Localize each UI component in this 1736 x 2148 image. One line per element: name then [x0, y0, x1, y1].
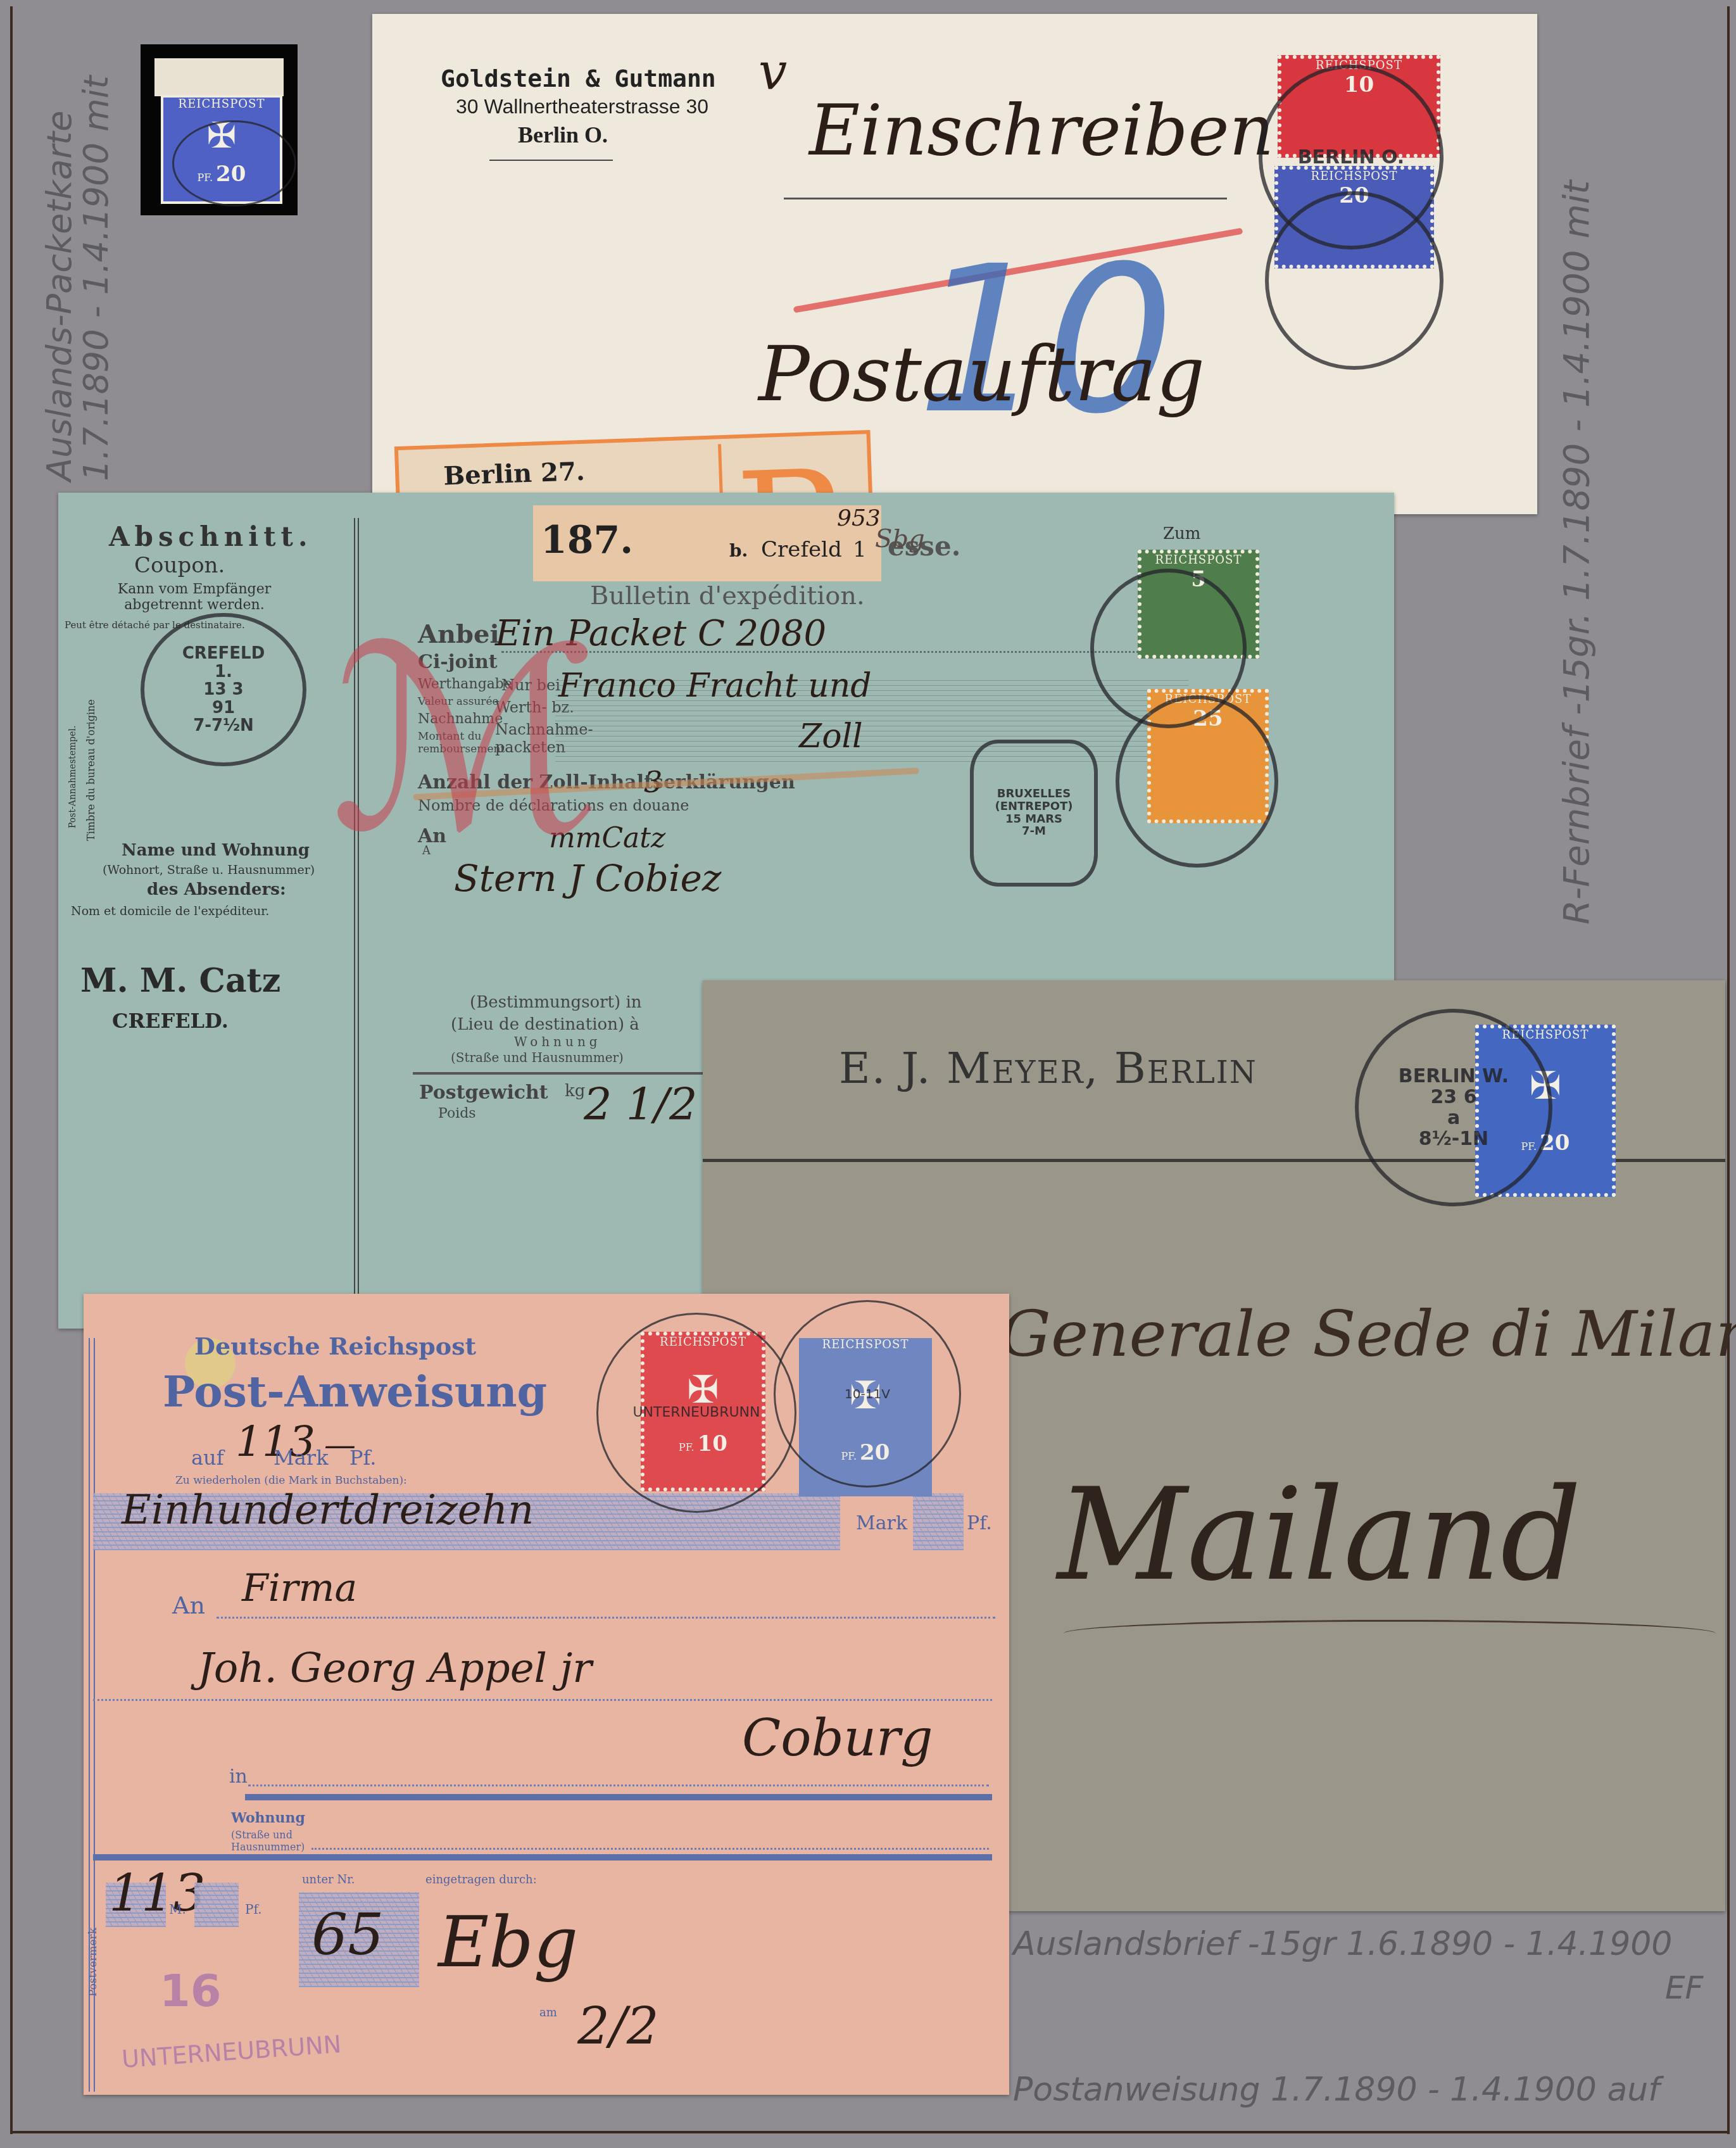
- pm-city: BERLIN W.: [1359, 1066, 1549, 1087]
- sender-street: 30 Wallnertheaterstrasse 30: [456, 95, 708, 118]
- money-order-card: Deutsche Reichspost Post-Anweisung auf 1…: [84, 1294, 1009, 2095]
- m-label: M.: [169, 1902, 186, 1917]
- album-page: Auslands-Packetkarte 1.7.1890 - 1.4.1900…: [0, 0, 1736, 2148]
- underline: [784, 198, 1227, 199]
- postmark-unterneubrunn-1: UNTERNEUBRUNN: [596, 1313, 796, 1513]
- eingetragen-label: eingetragen durch:: [425, 1873, 537, 1886]
- strasse-label: (Straße und Hausnummer): [451, 1050, 624, 1065]
- meyer-address-line1: Generale Sede di Milano: [1000, 1297, 1736, 1371]
- bulletin-title: Bulletin d'expédition.: [590, 581, 865, 610]
- zum-label: Zum: [1163, 524, 1200, 543]
- pm-office: 1.: [144, 662, 303, 681]
- recipient-line2: Joh. Georg Appel jr: [198, 1645, 592, 1692]
- auf-label: auf: [191, 1446, 224, 1470]
- frame-bottom-line: [10, 2131, 1730, 2133]
- parcel-number: 187.: [541, 518, 633, 562]
- blue-rule: [93, 1854, 992, 1861]
- signature: Ebg: [438, 1902, 578, 1983]
- mark-label: Mark: [274, 1446, 329, 1470]
- recipient-city: Coburg: [742, 1709, 933, 1767]
- side-label-2: Timbre du bureau d'origine: [85, 699, 97, 841]
- postmark-crefeld-2: [1116, 695, 1278, 868]
- ornament-rule: [489, 160, 613, 161]
- mark2-label: Mark: [856, 1512, 907, 1534]
- handwriting-einschreiben: Einschreiben: [809, 90, 1274, 171]
- pf-box: [194, 1883, 239, 1927]
- pf2-label: Pf.: [967, 1512, 992, 1534]
- hex-pm-date: 15 MARS: [974, 813, 1094, 826]
- annotation-auslandsbrief: Auslandsbrief -15gr 1.6.1890 - 1.4.1900: [1013, 1925, 1672, 1963]
- frame-left-line: [10, 6, 13, 2134]
- annotation-left-line1: Auslands-Packetkarte: [39, 111, 79, 481]
- handwriting-postauftrag: Postauftrag: [758, 331, 1205, 419]
- postmark-berlin-w: BERLIN W. 23 6 a 8½-1N: [1355, 1009, 1552, 1206]
- loose-stamp-mount: REICHSPOST ✠ PF. 20: [141, 44, 298, 215]
- sender-label-3: des Absenders:: [147, 880, 286, 899]
- wohnung-sub-label: (Straße und Hausnummer): [231, 1829, 307, 1853]
- postgewicht-label: Postgewicht: [419, 1082, 548, 1104]
- dotted-line: [311, 1848, 989, 1850]
- pf3-label: Pf.: [245, 1902, 262, 1917]
- bestimmungsort-label: (Bestimmungsort) in: [470, 993, 642, 1012]
- sender-city: Berlin O.: [518, 122, 608, 148]
- flourish-underline: [1064, 1620, 1716, 1647]
- parcel-office-label: b. Crefeld 1 953: [723, 505, 881, 581]
- sender-label-2: (Wohnort, Straße u. Hausnummer): [103, 863, 315, 877]
- hex-pm-time: 7-M: [974, 826, 1094, 838]
- stamp-header: REICHSPOST: [163, 98, 280, 111]
- office-number: 1: [853, 537, 867, 562]
- dotted-line: [217, 1617, 995, 1619]
- sender-label-1: Name und Wohnung: [122, 841, 310, 860]
- hex-pm-text: BRUXELLES (ENTREPOT): [974, 788, 1094, 813]
- annotation-ef: EF: [1665, 1969, 1703, 2006]
- wohnung-label: Wohnung: [514, 1034, 601, 1049]
- coupon-note-de: Kann vom Empfänger abgetrennt werden.: [84, 581, 305, 613]
- recipient-line1: Firma: [242, 1566, 357, 1610]
- postmark-unterneubrunn-2: 10-11V: [774, 1300, 961, 1488]
- parcel-number-label: 187.: [533, 505, 723, 581]
- reg-office: Berlin 27.: [443, 457, 586, 491]
- am-label: am: [539, 2006, 557, 2019]
- handwriting-franco: Franco Fracht und: [558, 667, 872, 705]
- pm-time: 8½-1N: [1359, 1128, 1549, 1149]
- pm-year: 91: [144, 698, 303, 717]
- date-value: 2/2: [577, 1997, 659, 2056]
- box-m-value: 113: [109, 1864, 206, 1923]
- frame-right-line: [1727, 6, 1730, 2134]
- amount-words: Einhundertdreizehn: [122, 1487, 534, 1534]
- unter-nr-value: 65: [311, 1902, 384, 1968]
- in-label: in: [229, 1766, 248, 1788]
- sender-name: Goldstein & Gutmann: [441, 65, 716, 92]
- registered-cover: Goldstein & Gutmann 30 Wallnertheaterstr…: [372, 14, 1537, 514]
- pm-letter: a: [1359, 1108, 1549, 1128]
- postmark-crefeld-coupon: CREFELD 1. 13 3 91 7-7½N: [141, 613, 306, 766]
- annotation-postanweisung: Postanweisung 1.7.1890 - 1.4.1900 auf: [1013, 2071, 1660, 2109]
- handwriting-weight: 2 1/2: [584, 1078, 697, 1130]
- purple-stamp-number: 16: [160, 1965, 221, 2017]
- pm-city: CREFELD: [144, 645, 303, 663]
- an-label: An: [172, 1591, 205, 1619]
- meyer-address-city: Mailand: [1057, 1462, 1582, 1609]
- office-name: Crefeld: [761, 537, 842, 562]
- pf-label: Pf.: [349, 1446, 376, 1470]
- pm-time: 7-7½N: [144, 717, 303, 735]
- red-scribble: ℳ: [330, 594, 601, 888]
- handwriting-v: v: [758, 42, 787, 101]
- sender-label-fr: Nom et domicile de l'expéditeur.: [71, 904, 269, 918]
- mo-header: Deutsche Reichspost: [194, 1332, 476, 1360]
- pm-date: 23 6: [1359, 1087, 1549, 1108]
- dotted-line: [93, 1699, 992, 1701]
- postmark-berlin-2: [1265, 191, 1444, 370]
- stamp-header: REICHSPOST: [1142, 553, 1255, 567]
- loose-stamp-postmark: [172, 120, 296, 206]
- repeat-label: Zu wiederholen (die Mark in Buchstaben):: [175, 1474, 407, 1487]
- side-label-1: Post-Annahmestempel.: [68, 726, 78, 828]
- pf-field: [913, 1493, 964, 1550]
- dotted-line: [248, 1785, 989, 1786]
- wohnung-label: Wohnung: [231, 1810, 305, 1826]
- sheet-margin: [154, 58, 284, 96]
- pm-date: 13 3: [144, 681, 303, 699]
- office-handwritten: 953: [837, 505, 881, 531]
- annotation-left-line2: 1.7.1890 - 1.4.1900 mit: [76, 75, 116, 481]
- coupon-subtitle: Coupon.: [134, 553, 225, 578]
- postvermerk-label: Postvermerk: [87, 1928, 99, 1997]
- handwriting-initials: Sbg: [875, 524, 925, 553]
- postmark-bruxelles-hex: BRUXELLES (ENTREPOT) 15 MARS 7-M: [970, 740, 1098, 887]
- mo-title: Post-Anweisung: [163, 1367, 547, 1417]
- poids-label: Poids: [438, 1106, 476, 1121]
- coupon-title: Abschnitt.: [109, 521, 313, 552]
- meyer-sender: E. J. Meyer, Berlin: [839, 1044, 1257, 1094]
- annotation-right: R-Fernbrief -15gr. 1.7.1890 - 1.4.1900 m…: [1556, 180, 1597, 925]
- office-prefix: b.: [729, 540, 748, 561]
- handwriting-zoll: Zoll: [799, 717, 863, 755]
- kg-label: kg: [565, 1082, 585, 1101]
- unter-nr-label: unter Nr.: [302, 1873, 355, 1886]
- sender-city: CREFELD.: [112, 1009, 229, 1033]
- lieu-label: (Lieu de destination) à: [451, 1015, 639, 1034]
- sender-name: M. M. Catz: [80, 961, 280, 1000]
- blue-rule: [245, 1794, 992, 1800]
- purple-stamp-city: UNTERNEUBRUNN: [121, 2030, 342, 2073]
